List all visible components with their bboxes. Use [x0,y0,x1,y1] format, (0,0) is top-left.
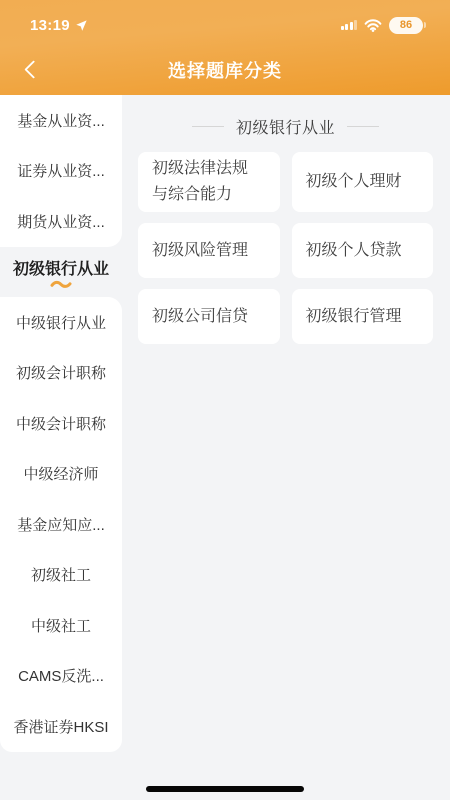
sidebar-item-label: 初级会计职称 [16,362,106,383]
status-bar: 13:19 86 [0,0,450,44]
sidebar-item-label: CAMS反洗... [18,665,104,686]
sidebar-item[interactable]: 期货从业资... [0,196,122,247]
status-time: 13:19 [30,17,70,34]
sidebar-item-label: 香港证券HKSI [13,716,108,737]
location-arrow-icon [75,19,88,32]
sidebar-item-label: 基金从业资... [17,110,105,131]
sidebar-item-label: 中级社工 [31,615,91,636]
sidebar-item-label: 初级银行从业 [13,256,109,279]
home-indicator[interactable] [146,786,304,792]
cellular-signal-icon [341,20,358,31]
category-button[interactable]: 初级风险管理 [138,223,280,278]
category-button-label: 初级风险管理 [152,238,248,264]
sidebar-item[interactable]: 中级银行从业 [0,297,122,348]
sidebar-item[interactable]: 证券从业资... [0,146,122,197]
sidebar-item[interactable]: 基金从业资... [0,95,122,146]
section-title: 初级银行从业 [236,115,335,138]
category-button-label: 初级银行管理 [306,304,402,330]
category-button-label: 初级个人贷款 [306,238,402,264]
category-button[interactable]: 初级公司信贷 [138,289,280,344]
category-button[interactable]: 初级个人贷款 [292,223,434,278]
category-button[interactable]: 初级银行管理 [292,289,434,344]
section-title-line-left [192,126,224,127]
sidebar-item[interactable]: CAMS反洗... [0,651,122,702]
wifi-icon [364,19,382,32]
category-button-label: 初级法律法规 与综合能力 [152,156,248,208]
header: 13:19 86 [0,0,450,95]
category-button-label: 初级公司信贷 [152,304,248,330]
sidebar-item-label: 证券从业资... [17,160,105,181]
sidebar-item-label: 期货从业资... [17,211,105,232]
sidebar-item-label: 基金应知应... [17,514,105,535]
category-grid: 初级法律法规 与综合能力初级个人理财初级风险管理初级个人贷款初级公司信贷初级银行… [138,152,433,344]
section-head: 初级银行从业 [138,95,433,138]
battery-indicator: 86 [389,17,426,34]
sidebar-item[interactable]: 初级会计职称 [0,348,122,399]
sidebar-item-label: 中级银行从业 [16,312,106,333]
sidebar-item[interactable]: 初级社工 [0,550,122,601]
sidebar-item[interactable]: 香港证券HKSI [0,701,122,752]
content-panel: 初级银行从业 初级法律法规 与综合能力初级个人理财初级风险管理初级个人贷款初级公… [122,95,450,344]
sidebar-item-label: 中级经济师 [23,463,98,484]
sidebar-item-label: 中级会计职称 [16,413,106,434]
sidebar-item[interactable]: 中级社工 [0,600,122,651]
category-button-label: 初级个人理财 [306,169,402,195]
page-body: 基金从业资...证券从业资...期货从业资...初级银行从业中级银行从业初级会计… [0,95,450,800]
battery-nub [424,22,426,28]
battery-percent: 86 [400,19,412,31]
wave-indicator-icon [49,280,73,288]
sidebar-item[interactable]: 中级经济师 [0,449,122,500]
section-title-line-right [347,126,379,127]
app-screen: 13:19 86 [0,0,450,800]
sidebar-item[interactable]: 初级银行从业 [0,247,122,298]
sidebar-item[interactable]: 基金应知应... [0,499,122,550]
category-button[interactable]: 初级个人理财 [292,152,434,212]
sidebar-item[interactable]: 中级会计职称 [0,398,122,449]
category-button[interactable]: 初级法律法规 与综合能力 [138,152,280,212]
sidebar: 基金从业资...证券从业资...期货从业资...初级银行从业中级银行从业初级会计… [0,95,122,752]
sidebar-item-label: 初级社工 [31,564,91,585]
nav-bar: 选择题库分类 [0,44,450,95]
page-title: 选择题库分类 [0,44,450,95]
